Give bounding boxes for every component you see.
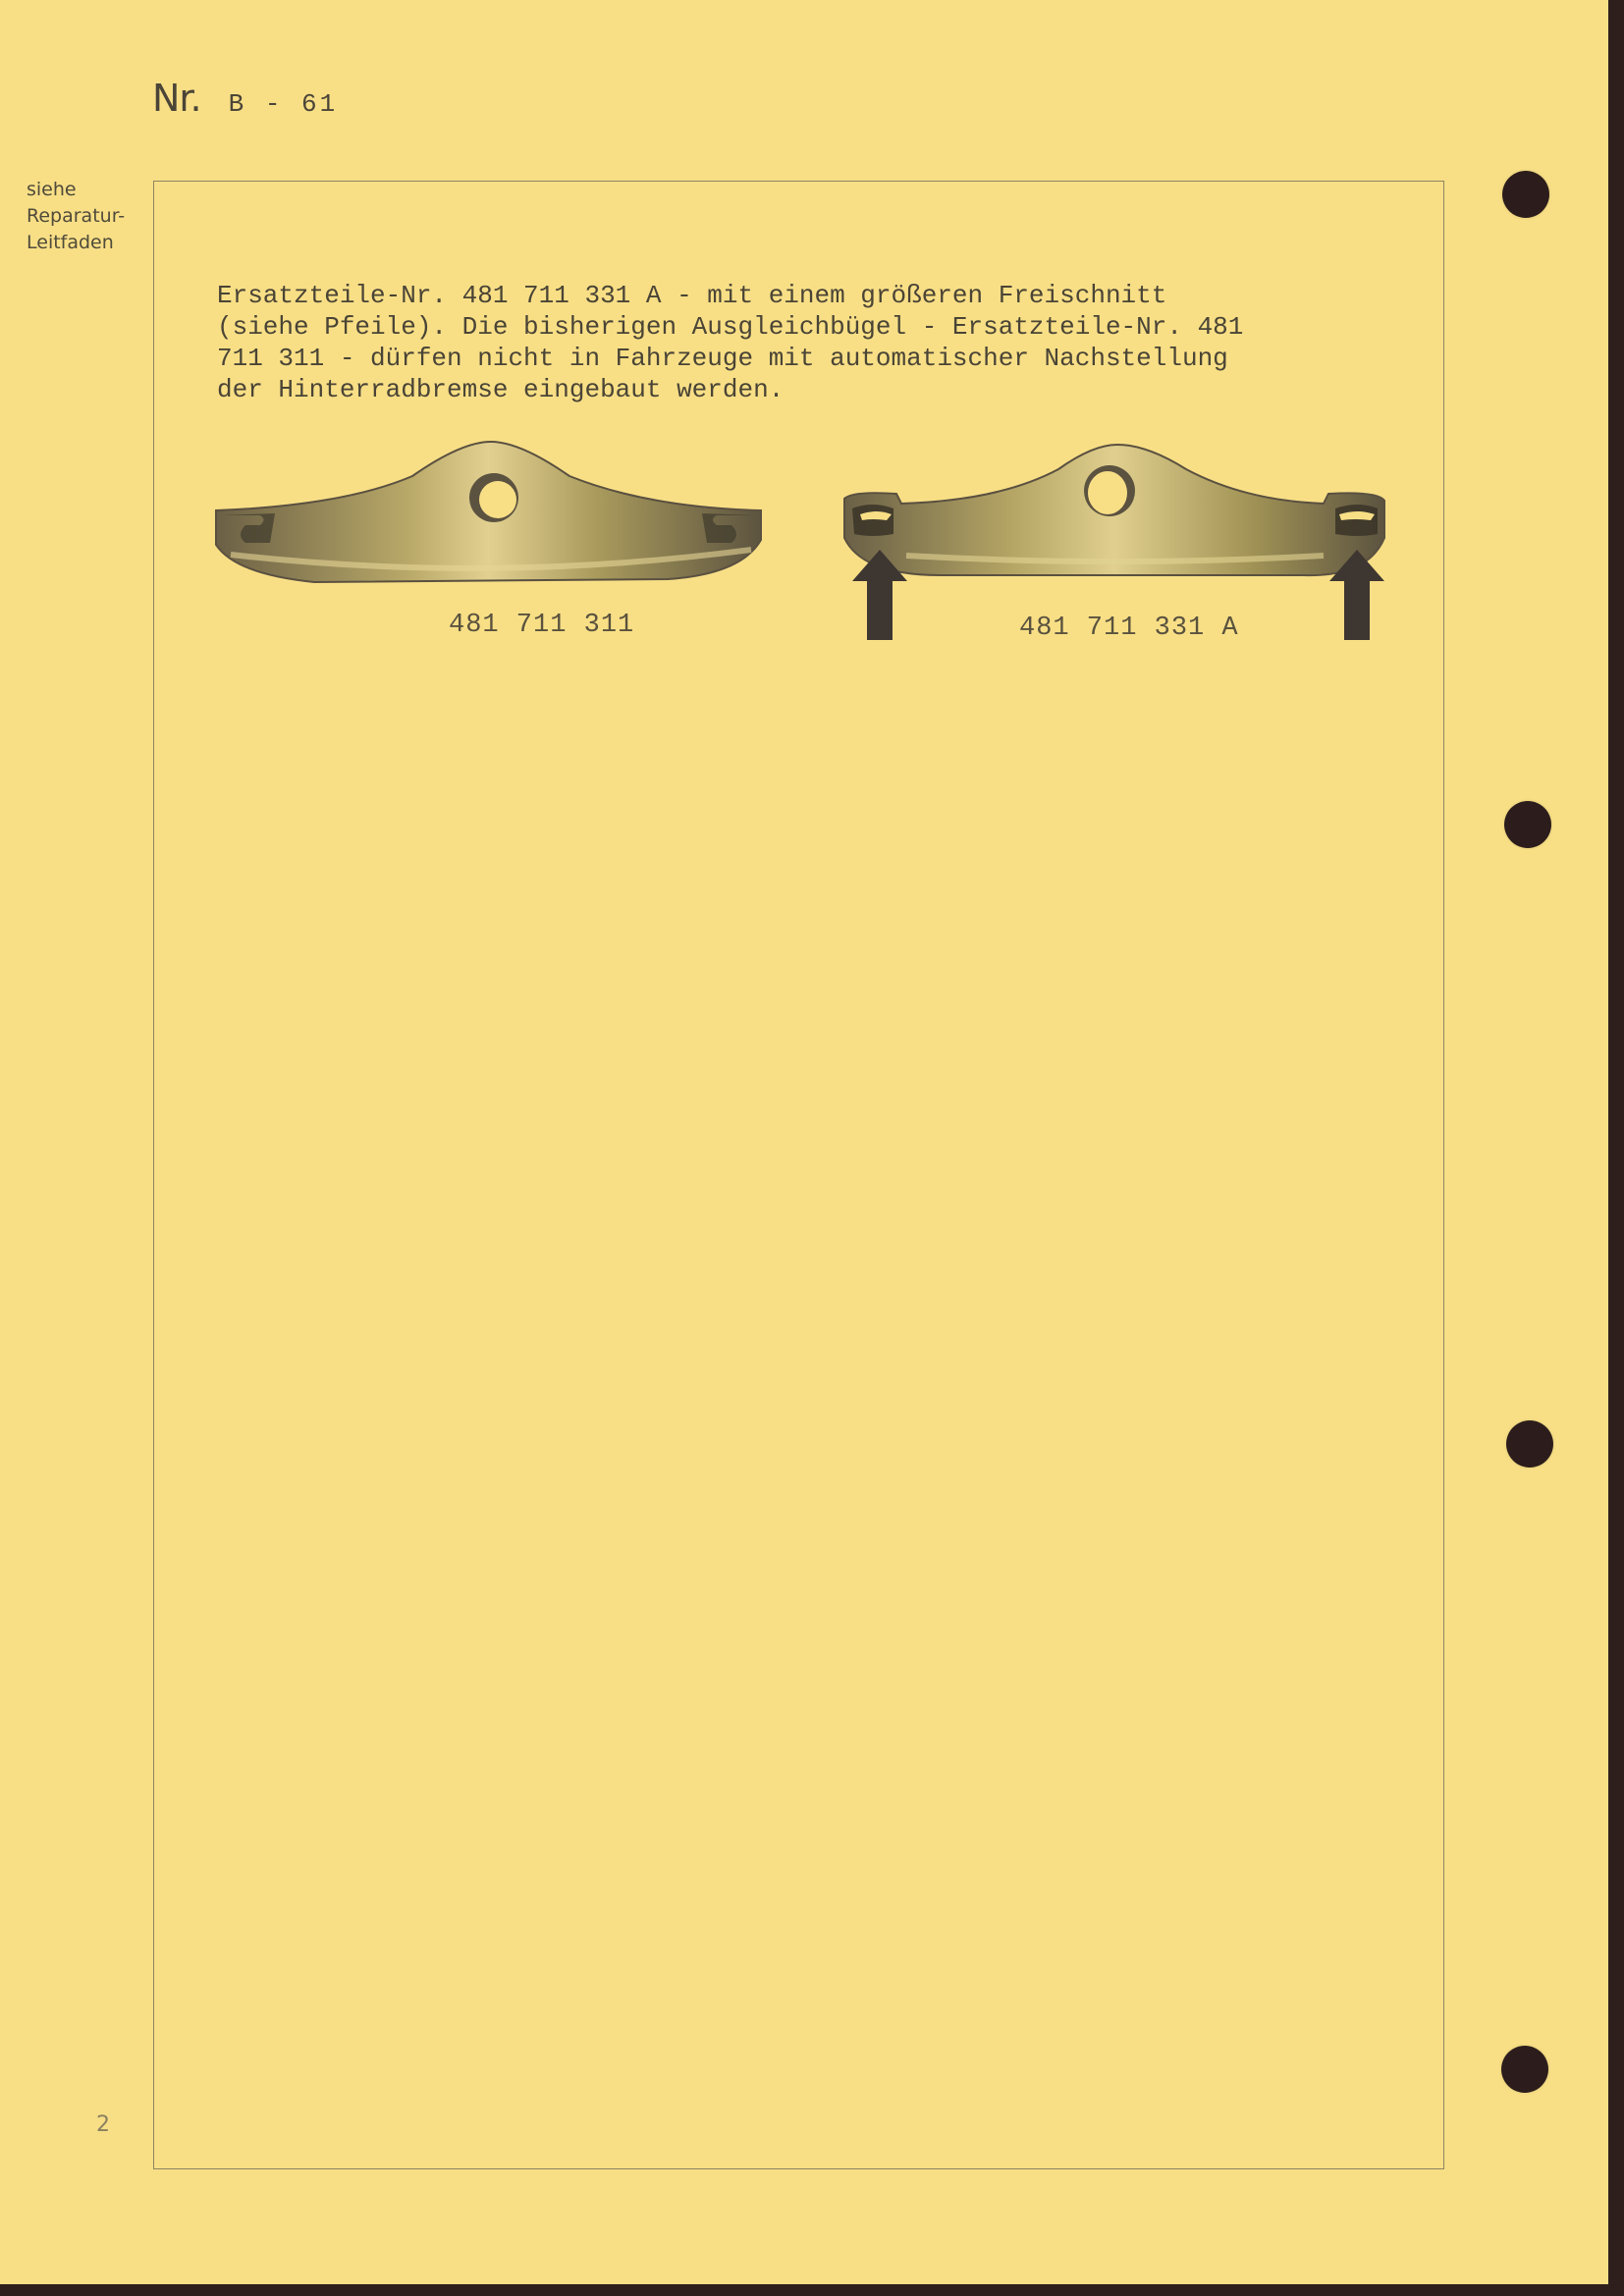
document-page: Nr. B - 61 siehe Reparatur- Leitfaden Er…: [0, 0, 1608, 2284]
punch-hole: [1506, 1420, 1553, 1468]
body-line: (siehe Pfeile). Die bisherigen Ausgleich…: [217, 311, 1425, 343]
bracket-new-image: [833, 440, 1397, 587]
bracket-old-image: [206, 437, 771, 589]
document-number: Nr. B - 61: [152, 77, 338, 120]
page-number: 2: [96, 2112, 110, 2137]
arrow-up-right-icon: [1327, 550, 1386, 640]
side-note-line: siehe: [27, 177, 125, 203]
nr-label: Nr.: [152, 77, 201, 120]
punch-hole: [1504, 801, 1551, 848]
bracket-old-label: 481 711 311: [449, 611, 634, 640]
punch-hole: [1502, 171, 1549, 218]
body-line: der Hinterradbremse eingebaut werden.: [217, 374, 1425, 405]
body-line: Ersatzteile-Nr. 481 711 331 A - mit eine…: [217, 280, 1425, 311]
bracket-new-icon: [833, 440, 1397, 587]
bracket-old-icon: [206, 437, 771, 589]
doc-number-value: B - 61: [229, 89, 339, 119]
side-note: siehe Reparatur- Leitfaden: [27, 177, 125, 256]
bracket-new-label: 481 711 331 A: [1019, 614, 1239, 643]
body-line: 711 311 - dürfen nicht in Fahrzeuge mit …: [217, 343, 1425, 374]
side-note-line: Leitfaden: [27, 230, 125, 256]
punch-hole: [1501, 2046, 1548, 2093]
arrow-up-left-icon: [850, 550, 909, 640]
body-text: Ersatzteile-Nr. 481 711 331 A - mit eine…: [217, 280, 1425, 405]
side-note-line: Reparatur-: [27, 203, 125, 230]
